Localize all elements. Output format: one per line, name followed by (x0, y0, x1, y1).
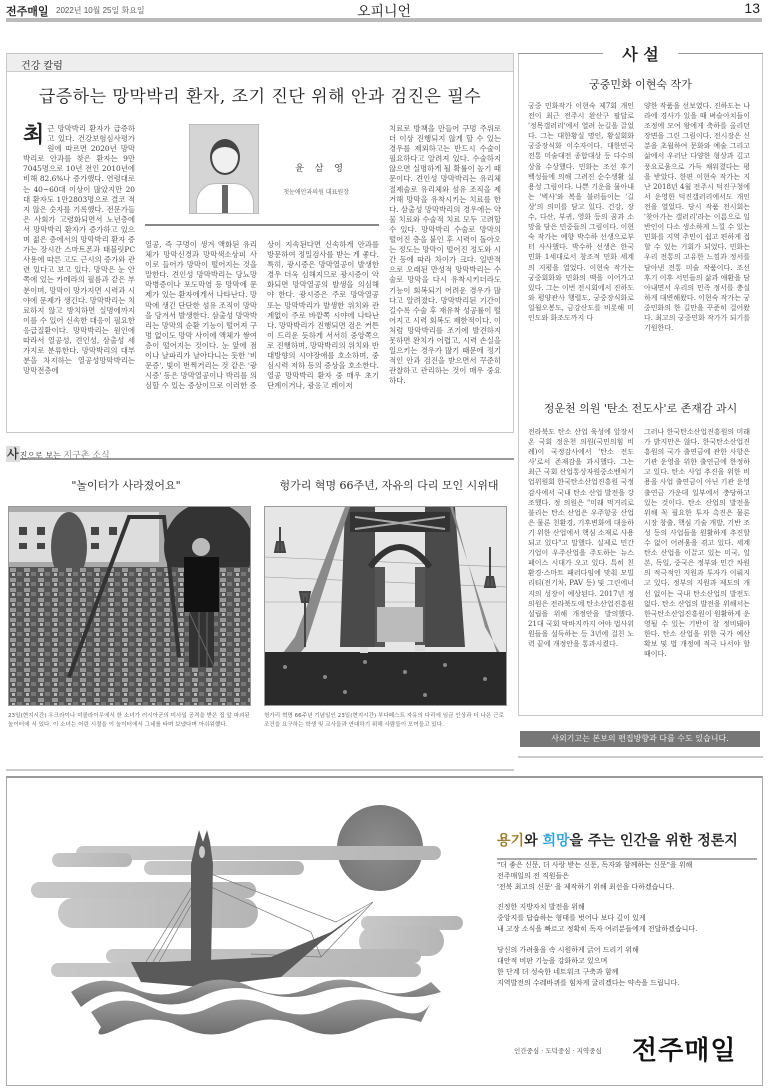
ship-illustration (21, 782, 491, 1082)
editorial-1-text-1: 궁중 민화작가 이현숙 제7회 개인전이 최근 전주시 완산구 팔달로 '정목갤… (528, 101, 634, 323)
page-number: 13 (744, 0, 760, 16)
photo-news-section: 사진으로 보는 지구촌 소식 "놀이터가 사라졌어요" (6, 442, 514, 460)
column-text-2: 열공, 즉 구멍이 생겨 액화된 유리체가 망막신경과 망막색소상피 사이로 들… (145, 240, 257, 391)
column-label: 건강 칼럼 (7, 54, 513, 72)
ad-motto: 인간중심 · 도덕중심 · 지역중심 (514, 1046, 602, 1055)
section-divider-right (518, 756, 763, 758)
drop-cap: 최 (23, 124, 44, 146)
ad-slogan: 용기와 희망을 주는 인간을 위한 정론지 (497, 830, 757, 860)
editorial-2-text-2: 그러나 한국탄소산업진흥원의 미래가 밝지만은 않다. 한국탄소산업진흥원의 국… (644, 427, 750, 659)
section-divider (6, 769, 514, 771)
disclaimer-notice: 사외기고는 본보의 편집방향과 다를 수도 있습니다. (520, 731, 760, 747)
ad-paragraph-1: "더 좋은 신문, 더 사랑 받는 신문, 독자와 함께하는 신문"을 위해 전… (497, 860, 757, 893)
editorial-2-title: 정운천 의원 '탄소 전도사'로 존재감 과시 (518, 400, 763, 416)
author-photo (189, 124, 259, 214)
editorial-1-title: 궁중민화 이현숙 작가 (518, 76, 763, 92)
column-text-3: 상이 지속된다면 신속하게 안과를 방문하여 정밀검사를 받는 게 좋다. 특히… (267, 240, 379, 391)
column-headline: 급증하는 망막박리 환자, 조기 진단 위해 안과 검진은 필수 (7, 82, 513, 107)
column-text-4: 치료로 방책을 만들어 구멍 주위로 더 이상 진행되지 않게 할 수 있는 경… (389, 124, 501, 386)
photo-2-title: 헝가리 혁명 66주년, 자유의 다리 모인 시위대 (264, 477, 514, 493)
photo-1-image (8, 506, 251, 706)
author-tie (222, 185, 228, 214)
author-name: 윤 삼 영 (267, 164, 347, 174)
photo-1-title: "놀이터가 사라졌어요" (6, 477, 246, 493)
health-column: 건강 칼럼 급증하는 망막박리 환자, 조기 진단 위해 안과 검진은 필수 최… (6, 53, 514, 433)
editorial-label: 사 설 (518, 42, 763, 65)
ad-paragraph-3: 당신의 가려움을 속 시원하게 긁어 드리기 위해 대안적 비판 기능을 강화하… (497, 945, 757, 989)
photo-2-image (264, 506, 507, 706)
author-divider (145, 224, 379, 226)
photo-2-caption: 헝가리 혁명 66주년 기념일인 23일(현지시간) 부다페스트 자유의 다리에… (264, 712, 509, 730)
section-title: 오피니언 (6, 1, 762, 21)
editorial-header: 사 설 (518, 40, 763, 66)
ad-logo: 전주매일 (632, 1030, 736, 1067)
author-face (210, 139, 240, 175)
editorial-1-text-2: 양한 작품을 선보였다. 진하도는 나라에 경사가 있을 때 벼슬아치들이 조정… (644, 101, 750, 333)
photo-1-caption: 23일(현지시간) 우크라이나 미콜라이우에서 한 소녀가 러시아군의 미사일 … (8, 712, 253, 730)
column-text-1: 최근 망막박리 환자가 급증하고 있다. 건강보험심사평가원에 따르면 2020… (23, 124, 135, 376)
author-title: 첫눈애안과의원 대표원장 (249, 188, 349, 198)
column-body: 최근 망막박리 환자가 급증하고 있다. 건강보험심사평가원에 따르면 2020… (23, 124, 501, 424)
editorial-2-text-1: 전라북도 탄소 산업 육성에 앞장서온 국회 정운천 의원(국민의힘 비례)이 … (528, 427, 634, 649)
photo-news-label: 사진으로 보는 지구촌 소식 (6, 442, 514, 460)
masthead: 전주매일 2022년 10월 25일 화요일 오피니언 13 (6, 0, 762, 22)
ad-paragraph-2: 진정한 지방자치 발전을 위해 중앙지를 답습하는 형태를 벗어나 보다 깊이 … (497, 902, 757, 935)
